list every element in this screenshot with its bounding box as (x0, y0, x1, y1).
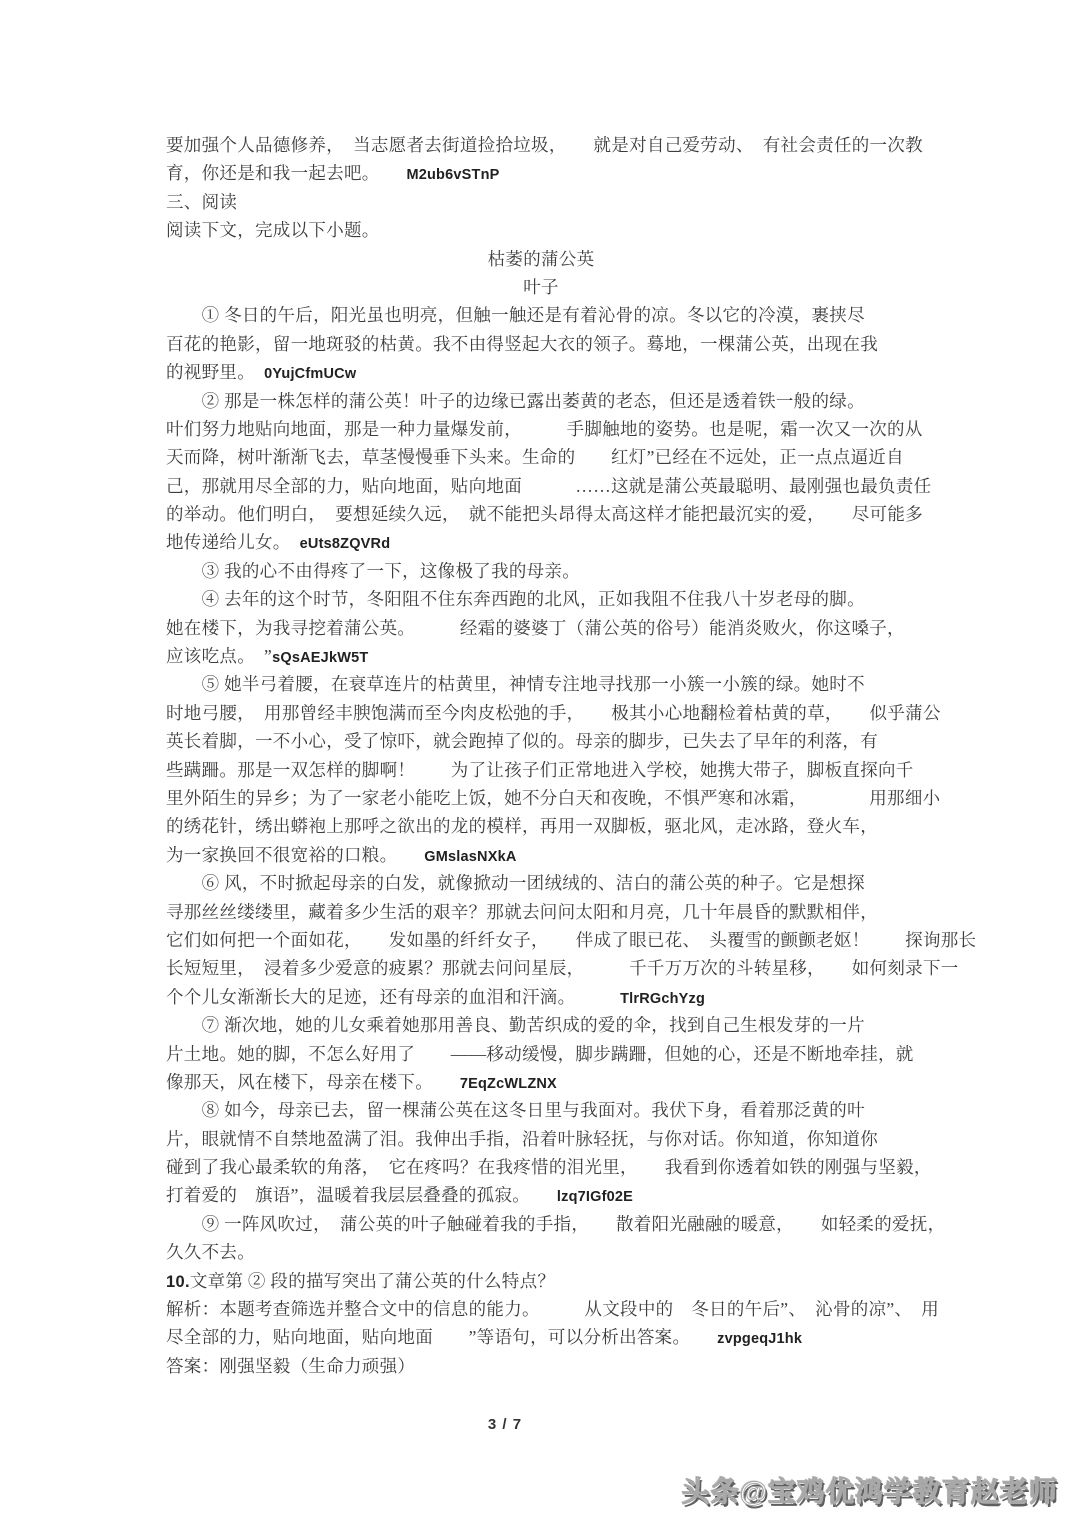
question-10-line: 10.文章第 ② 段的描写突出了蒲公英的什么特点？ (166, 1267, 966, 1295)
paragraph-6-line: 个个儿女渐渐长大的足迹，还有母亲的血泪和汗滴。 TlrRGchYzg (166, 983, 966, 1011)
paragraph-5-line: ⑤ 她半弓着腰，在衰草连片的枯黄里，神情专注地寻找那一小簇一小簇的绿。她时不 (166, 670, 966, 698)
paragraph-5-line: 英长着脚，一不小心，受了惊吓，就会跑掉了似的。母亲的脚步，已失去了早年的利落，有 (166, 727, 966, 755)
paragraph-5-line: 为一家换回不很宽裕的口粮。 GMslasNXkA (166, 841, 966, 869)
paragraph-8-line: 碰到了我心最柔软的角落， 它在疼吗？在我疼惜的泪光里， 我看到你透着如铁的刚强与… (166, 1153, 966, 1181)
ocr-artifact-code: 0YujCfmUCw (264, 366, 356, 382)
paragraph-1-line: 的视野里。 0YujCfmUCw (166, 358, 966, 386)
paragraph-6-line: 长短短里， 浸着多少爱意的疲累？那就去问问星辰， 千千万万次的斗转星移， 如何刻… (166, 954, 966, 982)
paragraph-8-line: 打着爱的 旗语”，温暖着我层层叠叠的孤寂。 lzq7IGf02E (166, 1181, 966, 1209)
ocr-artifact-code: TlrRGchYzg (620, 991, 705, 1007)
paragraph-2-line: 天而降，树叶渐渐飞去，草茎慢慢垂下头来。生命的 红灯”已经在不远处，正一点点逼近… (166, 443, 966, 471)
document-content: 要加强个人品德修养， 当志愿者去街道捡拾垃圾， 就是对自己爱劳动、 有社会责任的… (166, 131, 966, 1380)
article-author-line: 叶子 (166, 273, 916, 301)
intro-paragraph-line: 育，你还是和我一起去吧。 M2ub6vSTnP (166, 159, 966, 187)
article-title-line: 枯萎的蒲公英 (166, 245, 916, 273)
ocr-artifact-code: sQsAEJkW5T (272, 650, 368, 666)
paragraph-2-line: 的举动。他们明白， 要想延续久远， 就不能把头昂得太高这样才能把最沉实的爱， 尽… (166, 500, 966, 528)
paragraph-7-line: ⑦ 渐次地，她的儿女乘着她那用善良、勤苦织成的爱的伞，找到自己生根发芽的一片 (166, 1011, 966, 1039)
document-page: 要加强个人品德修养， 当志愿者去街道捡拾垃圾， 就是对自己爱劳动、 有社会责任的… (0, 0, 1080, 1528)
paragraph-1-line: ① 冬日的午后，阳光虽也明亮，但触一触还是有着沁骨的凉。冬以它的冷漠，裹挟尽 (166, 301, 966, 329)
page-number: 3 / 7 (0, 1416, 1010, 1433)
paragraph-5-line: 些蹒跚。那是一双怎样的脚啊！ 为了让孩子们正常地进入学校，她携大带子，脚板直探向… (166, 756, 966, 784)
paragraph-2-line: 己，那就用尽全部的力，贴向地面，贴向地面 ……这就是蒲公英最聪明、最刚强也最负责… (166, 472, 966, 500)
paragraph-4-line: 她在楼下，为我寻挖着蒲公英。 经霜的婆婆丁（蒲公英的俗号）能消炎败火，你这嗓子， (166, 614, 966, 642)
answer-line: 答案：刚强坚毅（生命力顽强） (166, 1352, 966, 1380)
paragraph-7-line: 片土地。她的脚，不怎么好用了 ——移动缓慢，脚步蹒跚，但她的心，还是不断地牵挂，… (166, 1040, 966, 1068)
paragraph-9-line: 久久不去。 (166, 1238, 966, 1266)
paragraph-8-line: 片，眼就情不自禁地盈满了泪。我伸出手指，沿着叶脉轻抚，与你对话。你知道，你知道你 (166, 1125, 966, 1153)
paragraph-4-line: 应该吃点。 ”sQsAEJkW5T (166, 642, 966, 670)
analysis-line: 尽全部的力，贴向地面，贴向地面 ”等语句，可以分析出答案。 zvpgeqJ1hk (166, 1323, 966, 1351)
paragraph-5-line: 时地弓腰， 用那曾经丰腴饱满而至今肉皮松弛的手， 极其小心地翻检着枯黄的草， 似… (166, 699, 966, 727)
paragraph-1-line: 百花的艳影，留一地斑驳的枯黄。我不由得竖起大衣的领子。蓦地，一棵蒲公英，出现在我 (166, 330, 966, 358)
paragraph-7-line: 像那天，风在楼下，母亲在楼下。 7EqZcWLZNX (166, 1068, 966, 1096)
paragraph-8-line: ⑧ 如今，母亲已去，留一棵蒲公英在这冬日里与我面对。我伏下身，看着那泛黄的叶 (166, 1096, 966, 1124)
paragraph-4-line: ④ 去年的这个时节，冬阳阻不住东奔西跑的北风，正如我阻不住我八十岁老母的脚。 (166, 585, 966, 613)
paragraph-5-line: 的绣花针，绣出蟒袍上那呼之欲出的龙的模样，再用一双脚板，驱北风，走冰路，登火车， (166, 812, 966, 840)
question-number: 10. (166, 1273, 190, 1291)
analysis-line: 解析：本题考查筛选并整合文中的信息的能力。 从文段中的 冬日的午后”、 沁骨的凉… (166, 1295, 966, 1323)
paragraph-2-line: 叶们努力地贴向地面，那是一种力量爆发前， 手脚触地的姿势。也是呢，霜一次又一次的… (166, 415, 966, 443)
paragraph-6-line: 寻那丝丝缕缕里，藏着多少生活的艰辛？那就去问问太阳和月亮，几十年晨昏的默默相伴， (166, 898, 966, 926)
paragraph-3-line: ③ 我的心不由得疼了一下，这像极了我的母亲。 (166, 557, 966, 585)
ocr-artifact-code: eUts8ZQVRd (300, 536, 391, 552)
paragraph-9-line: ⑨ 一阵风吹过， 蒲公英的叶子触碰着我的手指， 散着阳光融融的暖意， 如轻柔的爱… (166, 1210, 966, 1238)
toutiao-watermark: 头条@宝鸡优鸿学教育赵老师 (682, 1470, 1058, 1510)
ocr-artifact-code: zvpgeqJ1hk (717, 1331, 802, 1347)
ocr-artifact-code: GMslasNXkA (424, 849, 516, 865)
section-heading-line: 三、阅读 (166, 188, 966, 216)
ocr-artifact-code: lzq7IGf02E (557, 1189, 633, 1205)
ocr-artifact-code: 7EqZcWLZNX (460, 1076, 557, 1092)
paragraph-5-line: 里外陌生的异乡；为了一家老小能吃上饭，她不分白天和夜晚，不惧严寒和冰霜， 用那细… (166, 784, 966, 812)
paragraph-2-line: ② 那是一株怎样的蒲公英！叶子的边缘已露出萎黄的老态，但还是透着铁一般的绿。 (166, 387, 966, 415)
instruction-line-line: 阅读下文，完成以下小题。 (166, 216, 966, 244)
ocr-artifact-code: M2ub6vSTnP (406, 167, 499, 183)
paragraph-6-line: ⑥ 风，不时掀起母亲的白发，就像掀动一团绒绒的、洁白的蒲公英的种子。它是想探 (166, 869, 966, 897)
paragraph-2-line: 地传递给儿女。 eUts8ZQVRd (166, 528, 966, 556)
intro-paragraph-line: 要加强个人品德修养， 当志愿者去街道捡拾垃圾， 就是对自己爱劳动、 有社会责任的… (166, 131, 966, 159)
paragraph-6-line: 它们如何把一个面如花， 发如墨的纤纤女子， 伴成了眼已花、 头覆雪的颤颤老妪！ … (166, 926, 966, 954)
